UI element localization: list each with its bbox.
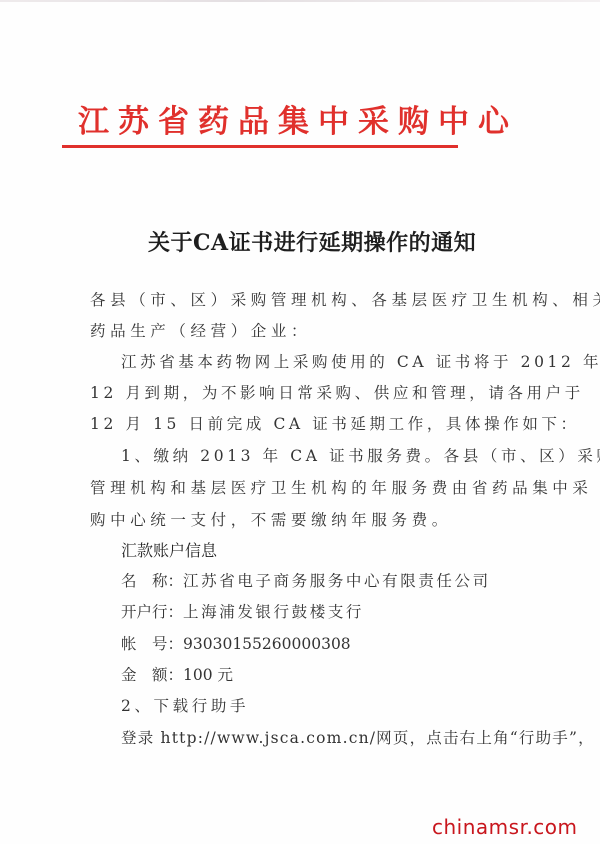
step2-heading: 2、下载行助手	[121, 696, 249, 716]
step1-line-2: 管理机构和基层医疗卫生机构的年服务费由省药品集中采	[90, 478, 593, 498]
field-value: 上海浦发银行鼓楼支行	[183, 603, 364, 621]
intro-line-2: 12 月到期，为不影响日常采购、供应和管理，请各用户于	[90, 383, 584, 403]
document-page: 江苏省药品集中采购中心 关于CA证书进行延期操作的通知 各县（市、区）采购管理机…	[0, 0, 600, 844]
account-heading: 汇款账户信息	[121, 541, 217, 561]
organization-header: 江苏省药品集中采购中心	[78, 104, 518, 140]
salutation-line-1: 各县（市、区）采购管理机构、各基层医疗卫生机构、相关	[90, 290, 600, 310]
notice-title: 关于CA证书进行延期操作的通知	[148, 229, 476, 257]
account-field-name: 名 称：江苏省电子商务服务中心有限责任公司	[121, 571, 491, 591]
field-value: 93030155260000308	[183, 635, 351, 653]
intro-line-1: 江苏省基本药物网上采购使用的 CA 证书将于 2012 年	[121, 352, 600, 372]
field-label: 金 额：	[121, 665, 183, 685]
account-field-amount: 金 额：100 元	[121, 665, 233, 685]
salutation-line-2: 药品生产（经营）企业：	[90, 321, 311, 341]
account-field-number: 帐 号：93030155260000308	[121, 634, 351, 654]
account-field-bank: 开户行：上海浦发银行鼓楼支行	[121, 602, 364, 622]
field-label: 名 称：	[121, 571, 183, 591]
step2-line-1: 登录 http://www.jsca.com.cn/网页，点击右上角“行助手”，	[121, 728, 595, 748]
watermark: chinamsr.com	[432, 815, 578, 839]
field-value: 100 元	[183, 666, 233, 684]
header-red-rule	[62, 145, 458, 148]
intro-line-3: 12 月 15 日前完成 CA 证书延期工作，具体操作如下：	[90, 414, 580, 434]
field-value: 江苏省电子商务服务中心有限责任公司	[183, 572, 491, 590]
scan-edge	[0, 0, 600, 2]
field-label: 开户行：	[121, 602, 183, 622]
field-label: 帐 号：	[121, 634, 183, 654]
step1-line-3: 购中心统一支付，不需要缴纳年服务费。	[90, 510, 452, 530]
step1-line-1: 1、缴纳 2013 年 CA 证书服务费。各县（市、区）采购	[121, 446, 600, 466]
